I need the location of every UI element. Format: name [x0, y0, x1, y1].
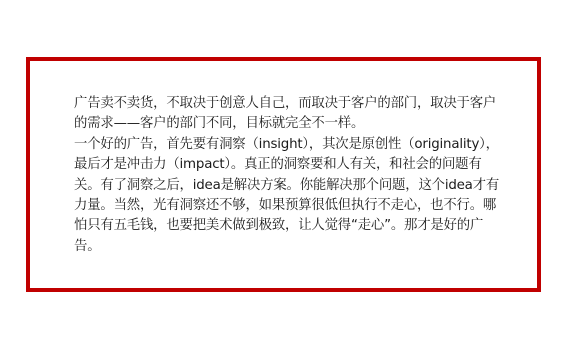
- quote-text-block: 广告卖不卖货，不取决于创意人自己，而取决于客户的部门，取决于客户的需求——客户的…: [74, 94, 504, 257]
- paragraph-1: 广告卖不卖货，不取决于创意人自己，而取决于客户的部门，取决于客户的需求——客户的…: [74, 94, 504, 135]
- paragraph-2: 一个好的广告，首先要有洞察（insight），其次是原创性（originalit…: [74, 135, 504, 257]
